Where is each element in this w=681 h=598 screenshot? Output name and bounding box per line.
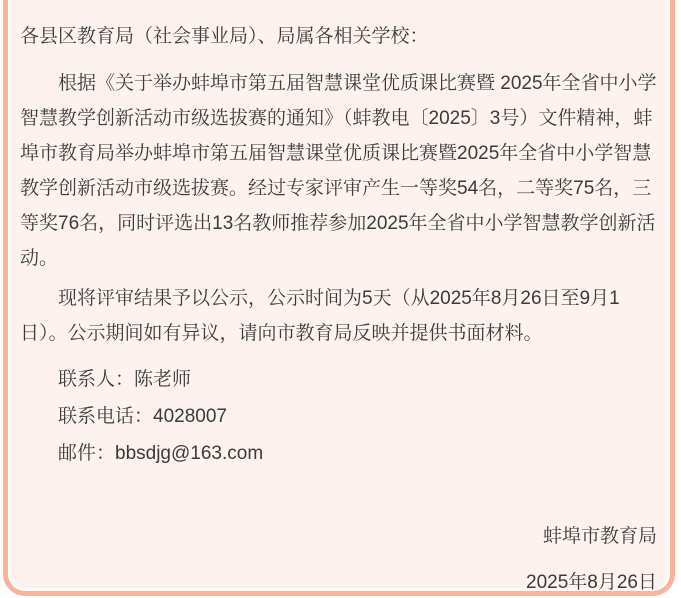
contact-phone: 联系电话：4028007 — [20, 399, 657, 434]
salutation: 各县区教育局（社会事业局）、局属各相关学校： — [20, 19, 657, 54]
body-paragraph-1: 根据《关于举办蚌埠市第五届智慧课堂优质课比赛暨 2025年全省中小学智慧教学创新… — [20, 66, 657, 276]
notice-content: 各县区教育局（社会事业局）、局属各相关学校： 根据《关于举办蚌埠市第五届智慧课堂… — [11, 0, 667, 589]
contact-email: 邮件：bbsdjg@163.com — [20, 436, 657, 471]
notice-panel: 各县区教育局（社会事业局）、局属各相关学校： 根据《关于举办蚌埠市第五届智慧课堂… — [11, 0, 667, 589]
signature-org: 蚌埠市教育局 — [20, 519, 657, 554]
contact-person: 联系人：陈老师 — [20, 362, 657, 397]
signature-date: 2025年8月26日 — [20, 565, 657, 598]
signature-block: 蚌埠市教育局 2025年8月26日 — [20, 519, 657, 598]
body-paragraph-2: 现将评审结果予以公示，公示时间为5天（从2025年8月26日至9月1日）。公示期… — [20, 281, 657, 351]
